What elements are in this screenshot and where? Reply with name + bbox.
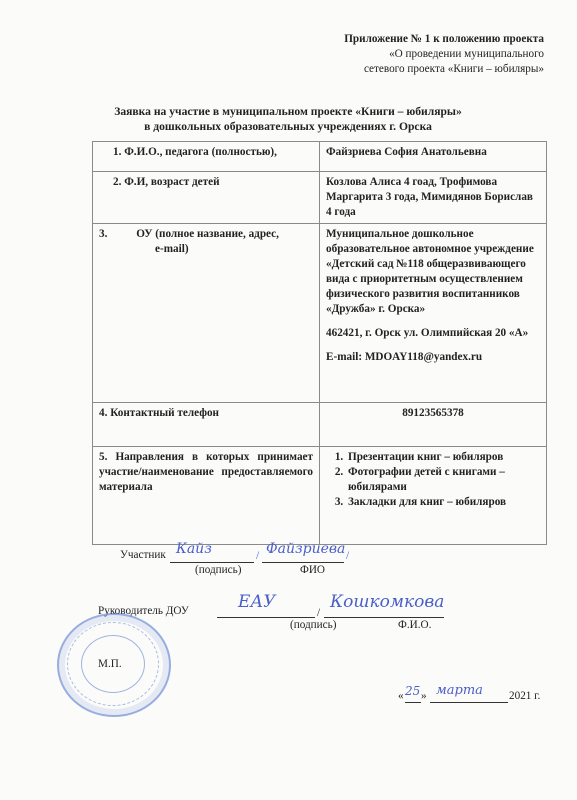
- children-value: Козлова Алиса 4 гоад, Трофимова Маргарит…: [320, 172, 547, 224]
- head-signature: ЕАУ: [238, 592, 276, 612]
- directions-value: Презентации книг – юбиляров Фотографии д…: [320, 447, 547, 545]
- fio-caption: ФИО: [300, 564, 325, 576]
- separator: /: [317, 607, 320, 619]
- institution-label: 3. ОУ (полное название, адрес, e-mail): [93, 224, 320, 403]
- table-row: 5. Направления в которых принимает участ…: [93, 447, 547, 545]
- appendix-header: Приложение № 1 к положению проекта «О пр…: [344, 32, 544, 77]
- document-title: Заявка на участие в муниципальном проект…: [0, 105, 577, 134]
- row-number: 3.: [99, 228, 107, 240]
- institution-label-text: ОУ (полное название, адрес,: [110, 228, 279, 240]
- appendix-subtitle-2: сетевого проекта «Книги – юбиляры»: [344, 62, 544, 77]
- head-signature-caption: (подпись): [290, 619, 336, 631]
- participant-name-handwritten: Файзриева: [266, 541, 345, 557]
- signature-caption: (подпись): [195, 564, 241, 576]
- participant-signature: Кайз: [176, 541, 212, 557]
- list-item: Презентации книг – юбиляров: [346, 450, 540, 465]
- title-line-2: в дошкольных образовательных учреждениях…: [0, 120, 577, 135]
- table-row: 3. ОУ (полное название, адрес, e-mail) М…: [93, 224, 547, 403]
- materials-list: Презентации книг – юбиляров Фотографии д…: [326, 450, 540, 510]
- date-open-quote: «: [398, 690, 404, 702]
- table-row: 1. Ф.И.О., педагога (полностью), Файзрие…: [93, 142, 547, 172]
- teacher-name-label: 1. Ф.И.О., педагога (полностью),: [93, 142, 320, 172]
- list-item: Фотографии детей с книгами – юбилярами: [346, 465, 540, 495]
- date-month: марта: [436, 683, 483, 698]
- participant-label: Участник: [120, 549, 166, 561]
- application-table: 1. Ф.И.О., педагога (полностью), Файзрие…: [92, 141, 547, 545]
- appendix-subtitle-1: «О проведении муниципального: [344, 47, 544, 62]
- appendix-title: Приложение № 1 к положению проекта: [344, 32, 544, 47]
- separator: /: [346, 550, 349, 562]
- stamp-label: М.П.: [98, 658, 122, 670]
- head-name-handwritten: Кошкомкова: [330, 592, 444, 612]
- children-label: 2. Ф.И, возраст детей: [93, 172, 320, 224]
- directions-label: 5. Направления в которых принимает участ…: [93, 447, 320, 545]
- institution-value: Муниципальное дошкольное образовательное…: [320, 224, 547, 403]
- title-line-1: Заявка на участие в муниципальном проект…: [0, 105, 577, 120]
- teacher-name-value: Файзриева София Анатольевна: [320, 142, 547, 172]
- phone-value: 89123565378: [320, 403, 547, 447]
- date-close-quote: »: [421, 690, 427, 702]
- institution-address: 462421, г. Орск ул. Олимпийская 20 «А»: [326, 326, 540, 341]
- institution-email: E-mail: MDOAY118@yandex.ru: [326, 350, 540, 365]
- date-year: 2021 г.: [509, 690, 540, 702]
- phone-label: 4. Контактный телефон: [93, 403, 320, 447]
- list-item: Закладки для книг – юбиляров: [346, 495, 540, 510]
- table-row: 2. Ф.И, возраст детей Козлова Алиса 4 го…: [93, 172, 547, 224]
- date-day: 25: [405, 684, 420, 698]
- institution-label-line2: e-mail): [99, 242, 313, 257]
- table-row: 4. Контактный телефон 89123565378: [93, 403, 547, 447]
- separator: /: [256, 550, 259, 562]
- head-fio-caption: Ф.И.О.: [398, 619, 431, 631]
- institution-name: Муниципальное дошкольное образовательное…: [326, 227, 540, 317]
